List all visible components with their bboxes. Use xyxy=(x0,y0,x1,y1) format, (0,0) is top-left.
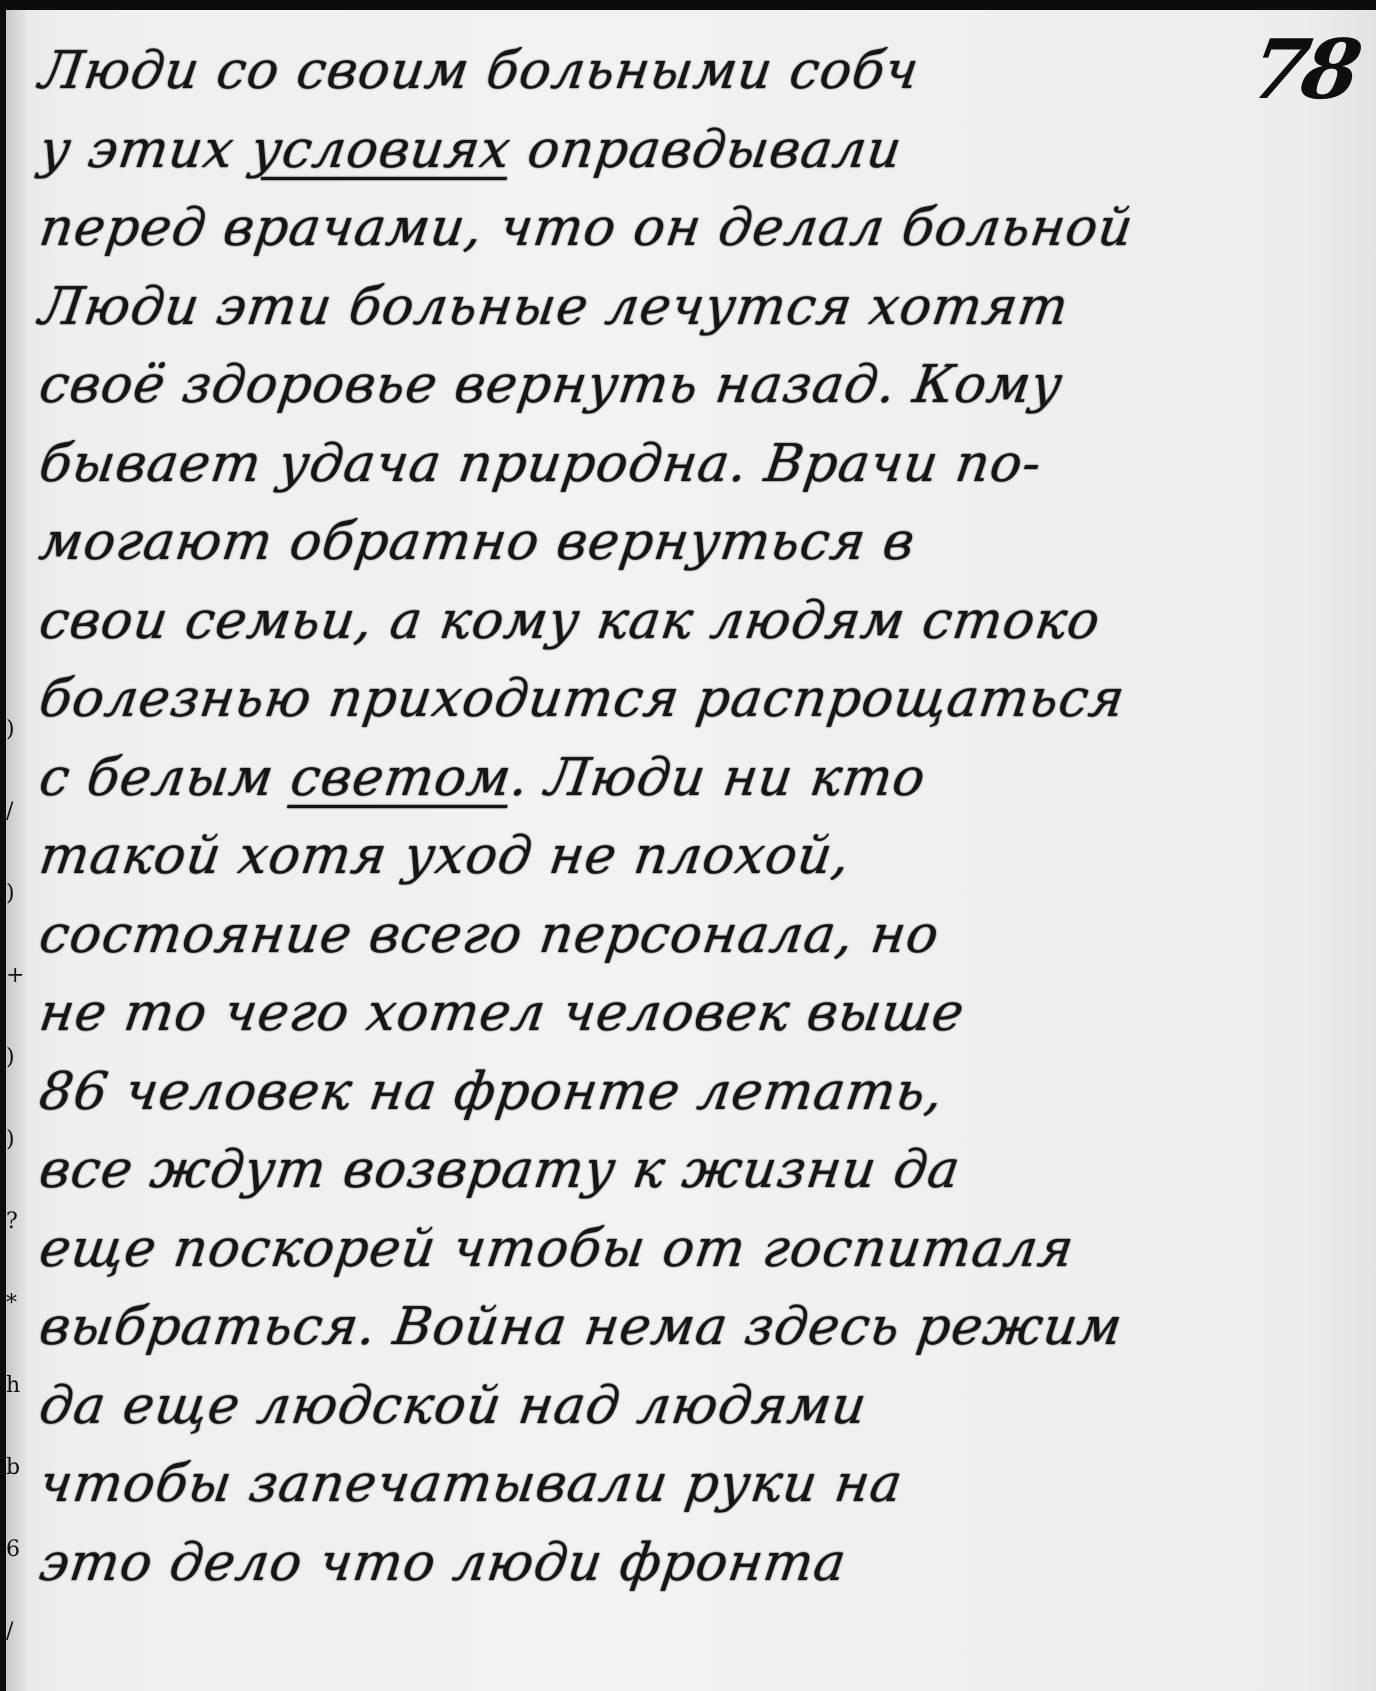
margin-mark: ) xyxy=(6,710,20,750)
margin-mark: ) xyxy=(6,1038,20,1078)
text-line: у этих условиях оправдывали xyxy=(34,111,1345,190)
text-line: такой хотя уход не плохой, xyxy=(34,817,1345,896)
text-line: Люди эти больные лечутся хотят xyxy=(34,268,1345,347)
margin-mark: b xyxy=(6,1448,20,1488)
text-line: свои семьи, а кому как людям стоко xyxy=(34,582,1345,661)
text-line: бывает удача природна. Врачи по- xyxy=(34,425,1345,504)
text-segment: . Люди ни кто xyxy=(507,748,930,808)
underlined-word: условиях xyxy=(247,120,515,180)
margin-mark: ) xyxy=(6,874,20,914)
text-line: не то чего хотел человек выше xyxy=(34,974,1345,1053)
underlined-word: светом xyxy=(287,748,515,808)
handwritten-text: Люди со своим больными собч у этих услов… xyxy=(40,32,1340,1602)
text-line: еще поскорей чтобы от госпиталя xyxy=(34,1210,1345,1289)
text-segment: у этих xyxy=(36,120,256,180)
text-line: да еще людской над людями xyxy=(34,1367,1345,1446)
text-line: все ждут возврату к жизни да xyxy=(34,1131,1345,1210)
margin-mark: h xyxy=(6,1366,20,1406)
margin-mark: / xyxy=(6,792,20,832)
text-line: 86 человек на фронте летать, xyxy=(34,1053,1345,1132)
text-line: перед врачами, что он делал больной xyxy=(34,189,1345,268)
text-line: болезнью приходится распрощаться xyxy=(34,660,1345,739)
text-line: состояние всего персонала, но xyxy=(34,896,1345,975)
text-line: могают обратно вернуться в xyxy=(34,503,1345,582)
text-line: чтобы запечатывали руки на xyxy=(34,1445,1345,1524)
text-segment: оправдывали xyxy=(507,120,906,180)
text-line: с белым светом. Люди ни кто xyxy=(34,739,1345,818)
margin-mark: 6 xyxy=(6,1530,20,1570)
margin-mark: ? xyxy=(6,1202,20,1242)
margin-mark: * xyxy=(6,1284,20,1324)
text-line: своё здоровье вернуть назад. Кому xyxy=(34,346,1345,425)
text-segment: с белым xyxy=(36,748,296,808)
margin-marks: ) / ) + ) ) ? * h b 6 / xyxy=(6,710,20,1652)
scan-background: ) / ) + ) ) ? * h b 6 / 78 Люди со своим… xyxy=(0,0,1376,1691)
manuscript-page: ) / ) + ) ) ? * h b 6 / 78 Люди со своим… xyxy=(6,10,1376,1691)
text-line: это дело что люди фронта xyxy=(34,1524,1345,1603)
text-line: Люди со своим больными собч xyxy=(34,32,1345,111)
margin-mark: + xyxy=(6,956,20,996)
margin-mark: ) xyxy=(6,1120,20,1160)
margin-mark: / xyxy=(6,1612,20,1652)
text-line: выбраться. Война нема здесь режим xyxy=(34,1288,1345,1367)
